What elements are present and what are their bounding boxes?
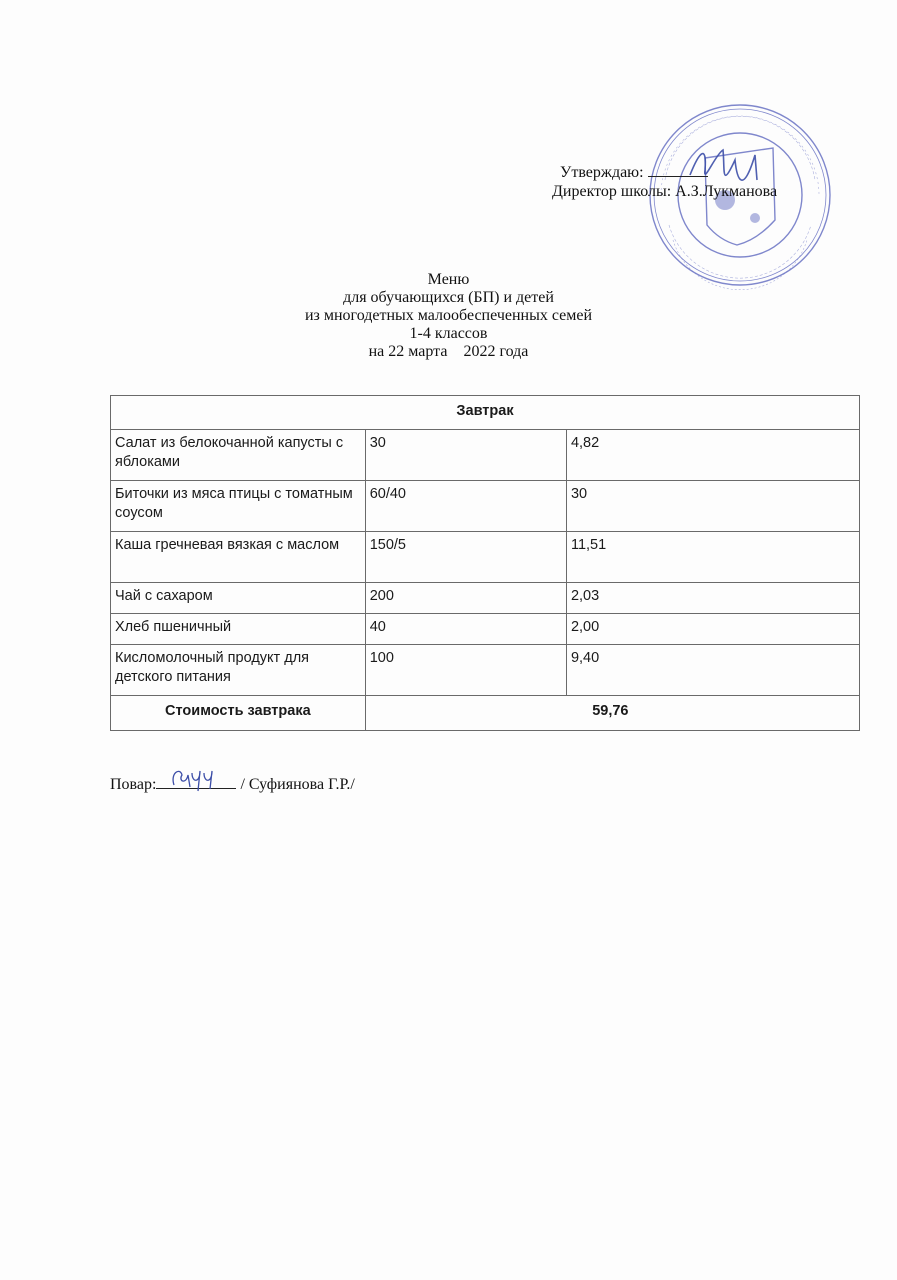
dish-name: Биточки из мяса птицы с томатным соусом (111, 481, 366, 532)
total-row: Стоимость завтрака 59,76 (111, 696, 860, 731)
cook-signature-block: Повар: / Суфиянова Г.Р./ (110, 775, 355, 794)
signature-line (648, 163, 708, 177)
director-name: А.З.Лукманова (675, 183, 777, 200)
document-page: Утверждаю: Директор школы: А.З.Лукманова… (0, 0, 897, 1280)
table-row: Хлеб пшеничный 40 2,00 (111, 614, 860, 645)
dish-price: 2,00 (566, 614, 859, 645)
dish-price: 4,82 (566, 430, 859, 481)
title-line-5-date: на 22 марта 2022 года (0, 343, 897, 361)
dish-name: Салат из белокочанной капусты с яблоками (111, 430, 366, 481)
total-label: Стоимость завтрака (111, 696, 366, 731)
cook-label: Повар: (110, 776, 156, 793)
table-row: Биточки из мяса птицы с томатным соусом … (111, 481, 860, 532)
menu-table: Завтрак Салат из белокочанной капусты с … (110, 395, 860, 731)
dish-portion: 60/40 (365, 481, 566, 532)
director-label: Директор школы: (552, 183, 671, 200)
approve-label: Утверждаю: (560, 164, 644, 181)
title-line-1: Меню (0, 271, 897, 289)
dish-portion: 40 (365, 614, 566, 645)
table-row: Каша гречневая вязкая с маслом 150/5 11,… (111, 532, 860, 583)
dish-portion: 100 (365, 645, 566, 696)
dish-name: Кисломолочный продукт для детского питан… (111, 645, 366, 696)
table-row: Салат из белокочанной капусты с яблоками… (111, 430, 860, 481)
title-line-4: 1-4 классов (0, 325, 897, 343)
cook-signature-line (156, 775, 236, 789)
menu-title: Меню для обучающихся (БП) и детей из мно… (0, 271, 897, 361)
dish-portion: 150/5 (365, 532, 566, 583)
cook-signature-icon (166, 763, 226, 793)
cook-name: / Суфиянова Г.Р./ (240, 776, 354, 793)
dish-portion: 30 (365, 430, 566, 481)
total-value: 59,76 (365, 696, 859, 731)
table-row: Чай с сахаром 200 2,03 (111, 583, 860, 614)
section-header-row: Завтрак (111, 396, 860, 430)
dish-name: Каша гречневая вязкая с маслом (111, 532, 366, 583)
table-row: Кисломолочный продукт для детского питан… (111, 645, 860, 696)
dish-price: 9,40 (566, 645, 859, 696)
dish-name: Хлеб пшеничный (111, 614, 366, 645)
approval-block: Утверждаю: Директор школы: А.З.Лукманова (552, 163, 777, 201)
section-title: Завтрак (111, 396, 860, 430)
dish-price: 30 (566, 481, 859, 532)
dish-price: 2,03 (566, 583, 859, 614)
title-line-2: для обучающихся (БП) и детей (0, 289, 897, 307)
dish-name: Чай с сахаром (111, 583, 366, 614)
dish-price: 11,51 (566, 532, 859, 583)
title-line-3: из многодетных малообеспеченных семей (0, 307, 897, 325)
dish-portion: 200 (365, 583, 566, 614)
